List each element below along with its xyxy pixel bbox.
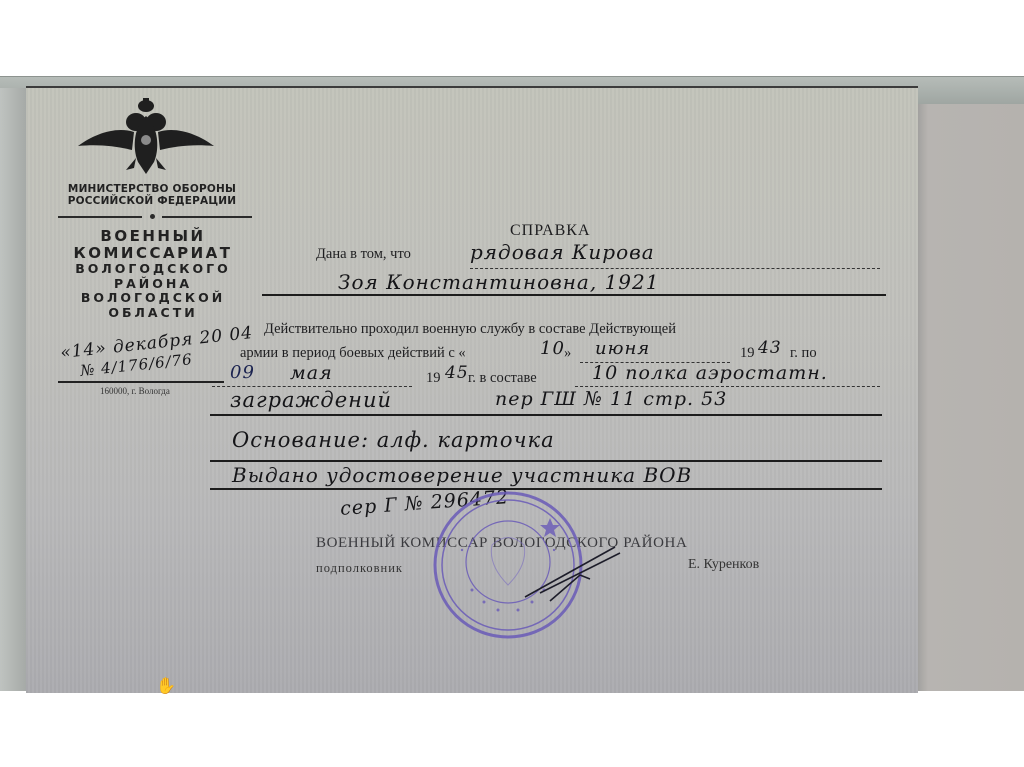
service-to-month: мая	[290, 362, 333, 384]
fill-line	[210, 460, 882, 462]
office-line: ВОЕННЫЙ	[48, 228, 258, 245]
service-prefix: армии в период боевых действий с «	[240, 345, 466, 361]
year-prefix: 19	[740, 345, 755, 362]
unit-line-2a: заграждений	[230, 388, 392, 412]
monitor-left-edge	[0, 88, 26, 691]
issued-certificate: Выдано удостоверение участника ВОВ	[232, 463, 692, 487]
ministry-line-2: РОССИЙСКОЙ ФЕДЕРАЦИИ	[52, 195, 252, 207]
fill-line	[575, 386, 880, 387]
letterhead-separator	[58, 216, 252, 218]
double-headed-eagle-emblem	[76, 96, 216, 178]
office-line: КОМИССАРИАТ	[48, 245, 258, 262]
service-from-year: 43	[758, 338, 782, 358]
service-to-year: 45	[445, 363, 469, 383]
issued-to-line-2: Зоя Константиновна, 1921	[338, 270, 659, 294]
office-line: ВОЛОГОДСКОЙ	[48, 291, 258, 306]
quote-close: »	[564, 345, 571, 362]
fill-line	[212, 386, 412, 387]
fill-line	[262, 294, 886, 296]
document-title: СПРАВКА	[510, 222, 591, 240]
unit-line-2b: пер ГШ № 11 стр. 53	[495, 388, 727, 410]
signatory-rank: подполковник	[316, 561, 403, 576]
monitor-right-panel	[915, 104, 1024, 691]
service-to-day: 09	[230, 362, 255, 383]
fill-line	[470, 268, 880, 269]
office-line: ВОЛОГОДСКОГО	[48, 262, 258, 277]
year-prefix: 19	[426, 370, 441, 387]
unit-line-1: 10 полка аэростатн.	[592, 362, 828, 384]
service-from-month: июня	[595, 338, 650, 359]
signatory-name: Е. Куренков	[688, 557, 759, 573]
commissariat-name: ВОЕННЫЙ КОМИССАРИАТ ВОЛОГОДСКОГО РАЙОНА …	[48, 228, 258, 320]
basis: Основание: алф. карточка	[232, 428, 555, 452]
service-from-day: 10	[540, 338, 565, 359]
unit-label: г. в составе	[468, 370, 537, 387]
ministry-name: МИНИСТЕРСТВО ОБОРОНЫ РОССИЙСКОЙ ФЕДЕРАЦИ…	[52, 183, 252, 207]
service-text-1: Действительно проходил военную службу в …	[264, 321, 676, 338]
signature	[520, 535, 630, 605]
issued-to-line-1: рядовая Кирова	[470, 240, 655, 264]
office-line: РАЙОНА	[48, 277, 258, 292]
issued-label: Дана в том, что	[316, 246, 411, 263]
year-suffix: г. по	[790, 345, 817, 362]
date-underline	[58, 381, 224, 383]
ministry-line-1: МИНИСТЕРСТВО ОБОРОНЫ	[52, 183, 252, 195]
service-text-2: армии в период боевых действий с «	[240, 345, 466, 362]
hand-cursor-icon: ✋	[156, 676, 176, 696]
postal-address: 160000, г. Вологда	[100, 386, 170, 396]
fill-line	[210, 414, 882, 416]
office-line: ОБЛАСТИ	[48, 306, 258, 321]
